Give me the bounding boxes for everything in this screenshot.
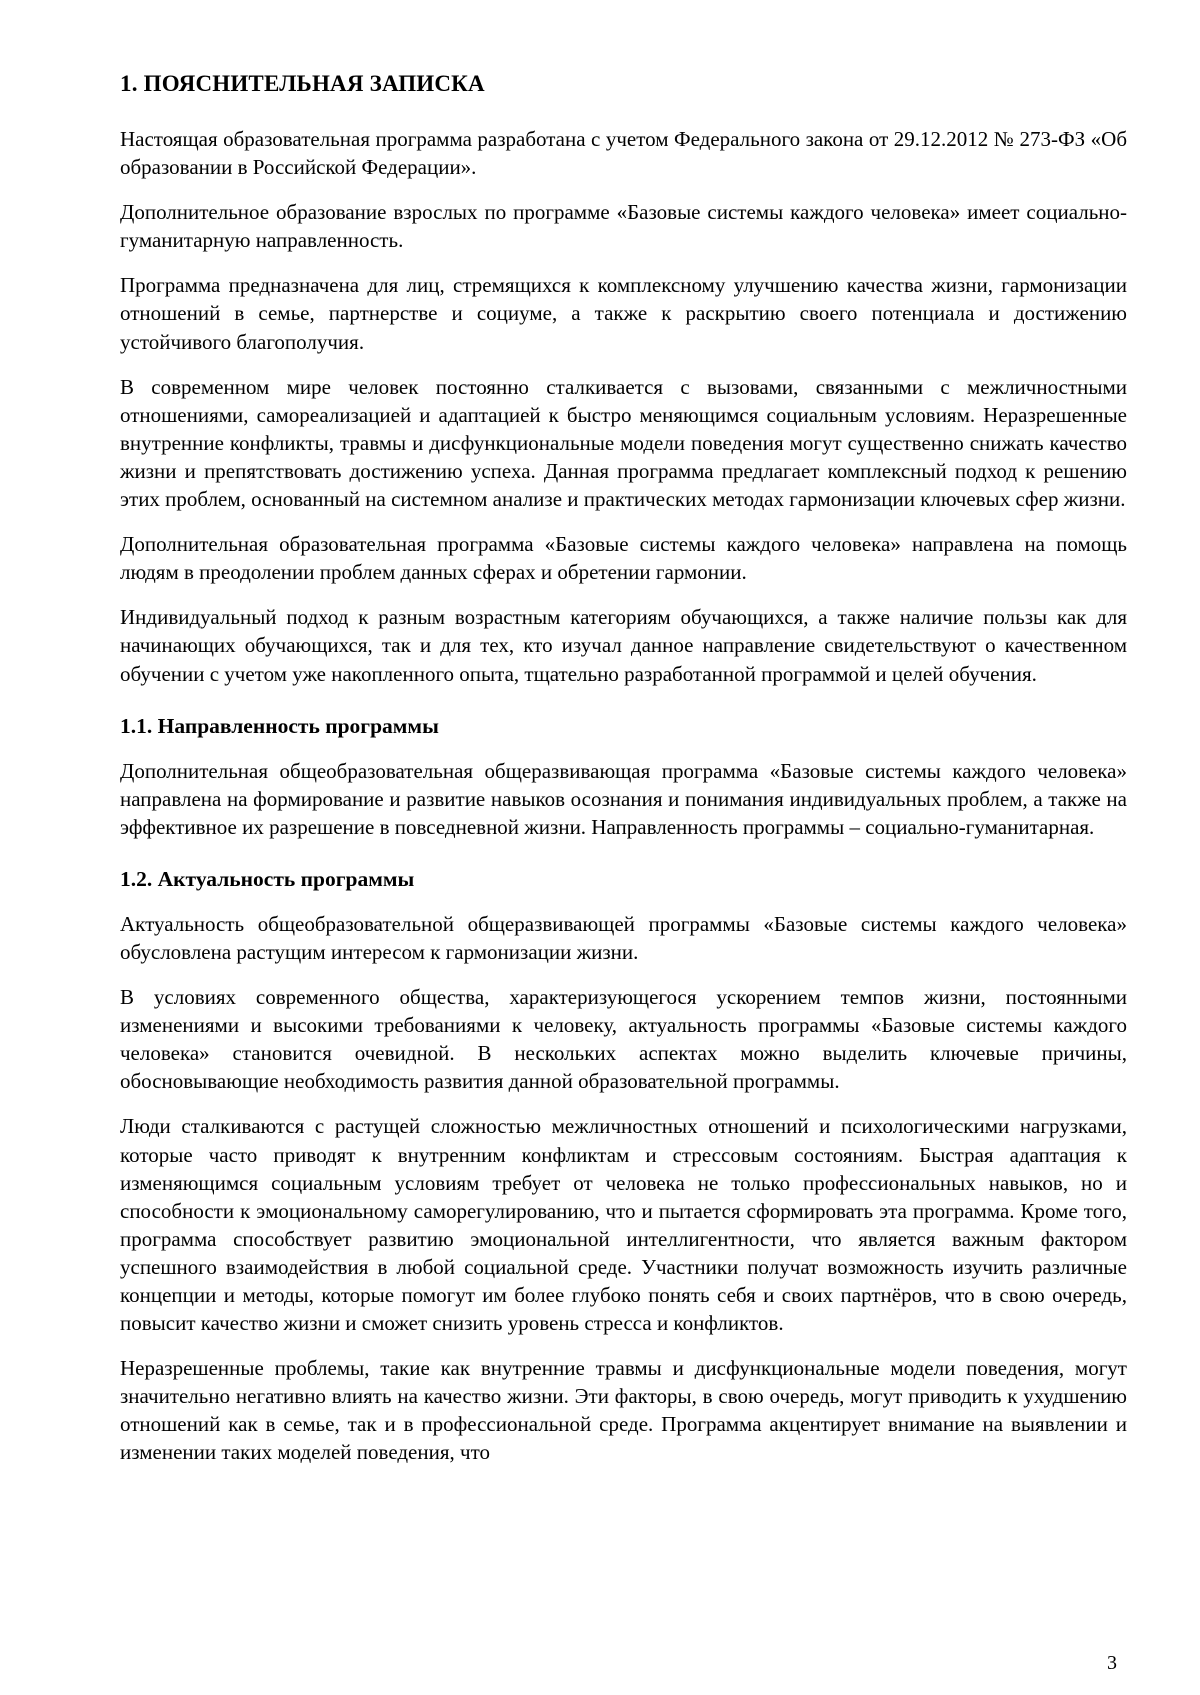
- paragraph-program-help: Дополнительная образовательная программа…: [120, 530, 1127, 586]
- document-page: 1. ПОЯСНИТЕЛЬНАЯ ЗАПИСКА Настоящая образ…: [0, 0, 1200, 1695]
- paragraph-modern-society-conditions: В условиях современного общества, характ…: [120, 983, 1127, 1095]
- paragraph-program-orientation: Дополнительное образование взрослых по п…: [120, 198, 1127, 254]
- page-number: 3: [1107, 1651, 1117, 1675]
- paragraph-unresolved-problems: Неразрешенные проблемы, такие как внутре…: [120, 1354, 1127, 1466]
- subsection-heading-1-1-orientation: 1.1. Направленность программы: [120, 712, 1127, 740]
- paragraph-orientation-details: Дополнительная общеобразовательная общер…: [120, 757, 1127, 841]
- paragraph-people-difficulties: Люди сталкиваются с растущей сложностью …: [120, 1112, 1127, 1337]
- paragraph-modern-world-challenges: В современном мире человек постоянно ста…: [120, 373, 1127, 513]
- section-heading-explanatory-note: 1. ПОЯСНИТЕЛЬНАЯ ЗАПИСКА: [120, 70, 1127, 98]
- paragraph-federal-law: Настоящая образовательная программа разр…: [120, 125, 1127, 181]
- paragraph-relevance-interest: Актуальность общеобразовательной общераз…: [120, 910, 1127, 966]
- subsection-heading-1-2-relevance: 1.2. Актуальность программы: [120, 865, 1127, 893]
- paragraph-program-purpose: Программа предназначена для лиц, стремящ…: [120, 271, 1127, 355]
- paragraph-individual-approach: Индивидуальный подход к разным возрастны…: [120, 603, 1127, 687]
